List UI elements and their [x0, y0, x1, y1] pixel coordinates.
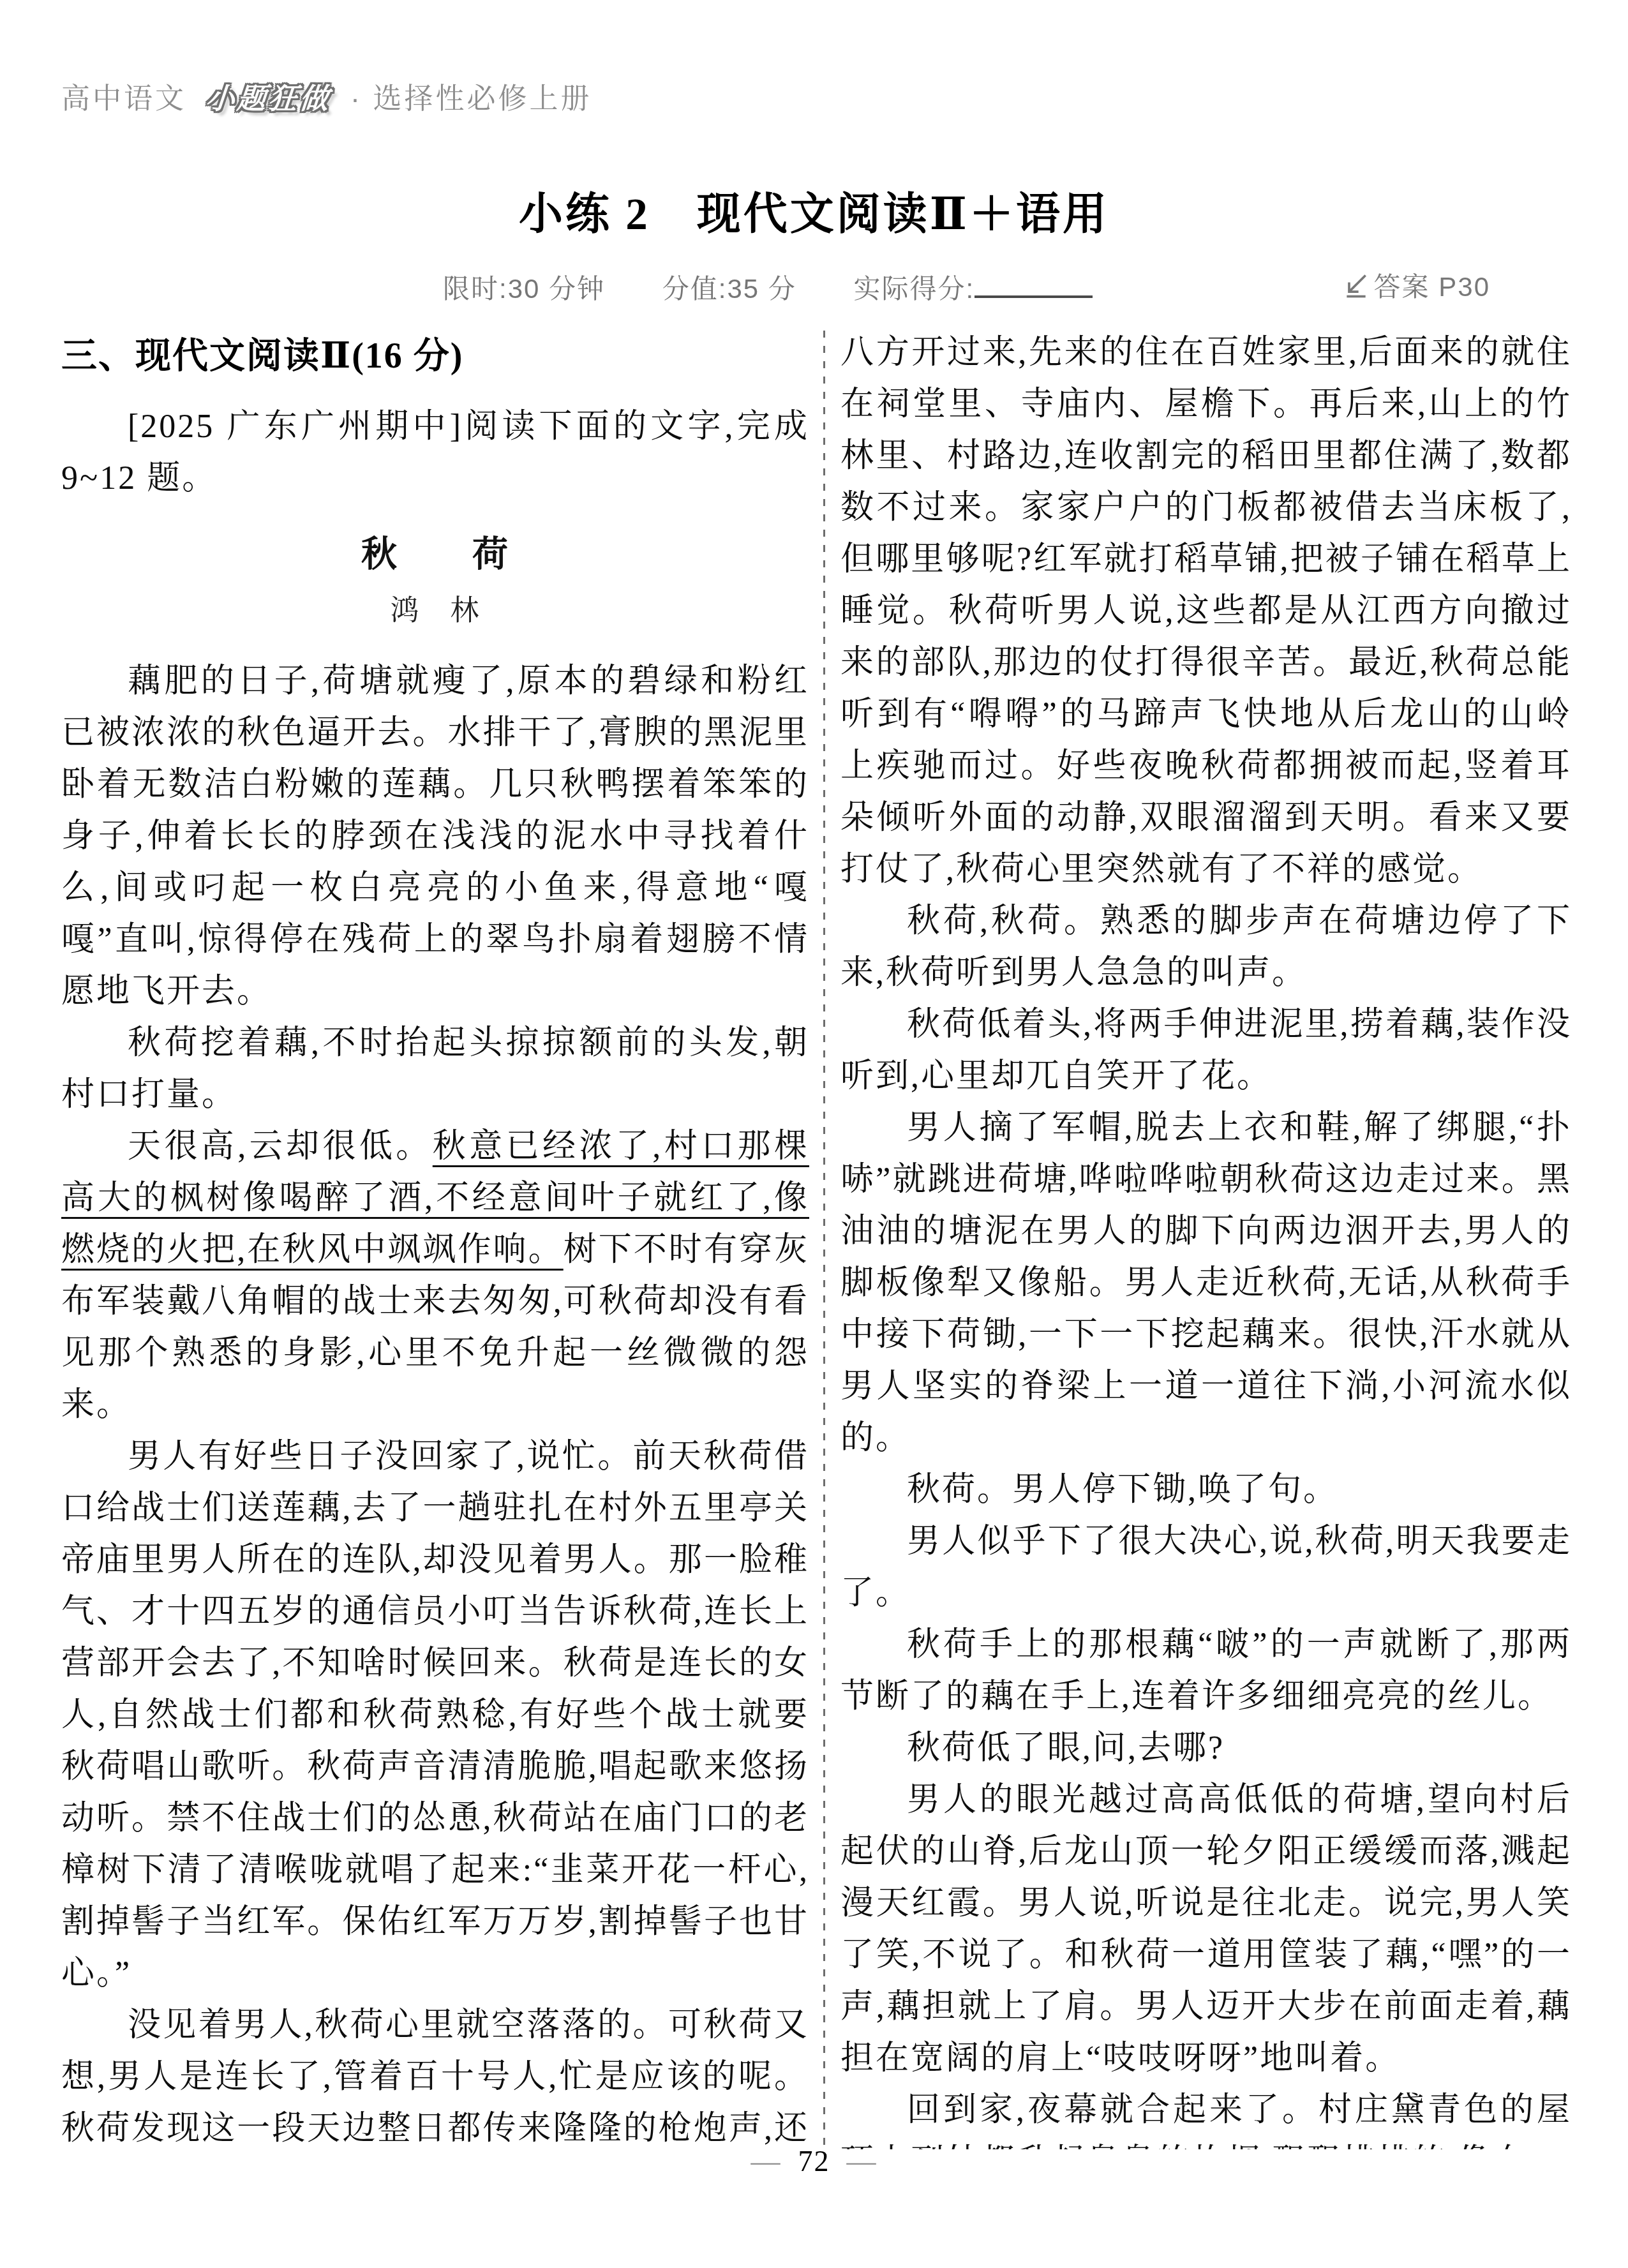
- answer-ref-label: 答案 P30: [1374, 272, 1490, 302]
- body-text: 秋荷挖着藕,不时抬起头掠掠额前的头发,朝村口打量。: [61, 1025, 809, 1113]
- paragraph: 秋荷。男人停下锄,唤了句。: [840, 1464, 1572, 1516]
- running-head-book: · 选择性必修上册: [350, 82, 592, 115]
- body-text: 回到家,夜幕就合起来了。村庄黛青色的屋顶上到处都升起袅袅的炊烟,飘飘拂拂的,像女: [840, 2092, 1572, 2149]
- paragraph: 天很高,云却很低。秋意已经浓了,村口那棵高大的枫树像喝醉了酒,不经意间叶子就红了…: [61, 1121, 809, 1431]
- paragraph: 藕肥的日子,荷塘就瘦了,原本的碧绿和粉红已被浓浓的秋色逼开去。水排干了,膏腴的黑…: [61, 655, 809, 1017]
- section-heading: 三、现代文阅读Ⅱ(16 分): [61, 327, 809, 385]
- body-text: 藕肥的日子,荷塘就瘦了,原本的碧绿和粉红已被浓浓的秋色逼开去。水排干了,膏腴的黑…: [61, 663, 809, 1010]
- paragraph: 男人似乎下了很大决心,说,秋荷,明天我要走了。: [840, 1516, 1572, 1619]
- answer-reference: 答案 P30: [1342, 266, 1490, 306]
- right-column: 八方开过来,先来的住在百姓家里,后面来的就住在祠堂里、寺庙内、屋檐下。再后来,山…: [840, 327, 1572, 2149]
- body-text: 秋荷,秋荷。熟悉的脚步声在荷塘边停了下来,秋荷听到男人急急的叫声。: [840, 903, 1572, 991]
- exam-meta: 限时:30 分钟 分值:35 分 实际得分:: [419, 266, 1082, 306]
- page-footer: —72—: [0, 2144, 1628, 2178]
- paragraph: 男人有好些日子没回家了,说忙。前天秋荷借口给战士们送莲藕,去了一趟驻扎在村外五里…: [61, 1431, 809, 1999]
- article-author: 鸿 林: [61, 587, 809, 629]
- body-text: 秋荷低了眼,问,去哪?: [907, 1730, 1225, 1766]
- score-blank-line: [975, 266, 1093, 298]
- paragraph: 八方开过来,先来的住在百姓家里,后面来的就住在祠堂里、寺庙内、屋檐下。再后来,山…: [840, 327, 1572, 895]
- paragraph: 秋荷低了眼,问,去哪?: [840, 1722, 1572, 1774]
- two-column-body: 三、现代文阅读Ⅱ(16 分) [2025 广东广州期中]阅读下面的文字,完成 9…: [61, 327, 1572, 2149]
- body-text: 男人似乎下了很大决心,说,秋荷,明天我要走了。: [840, 1523, 1572, 1611]
- body-text: 男人摘了军帽,脱去上衣和鞋,解了绑腿,“扑哧”就跳进荷塘,哗啦哗啦朝秋荷这边走过…: [840, 1110, 1572, 1456]
- running-head: 高中语文 小题狂做 · 选择性必修上册: [61, 75, 592, 117]
- body-text: 秋荷。男人停下锄,唤了句。: [907, 1472, 1338, 1508]
- paragraph: 秋荷挖着藕,不时抬起头掠掠额前的头发,朝村口打量。: [61, 1017, 809, 1121]
- footer-dash-left: —: [751, 2145, 782, 2177]
- left-paragraphs: 藕肥的日子,荷塘就瘦了,原本的碧绿和粉红已被浓浓的秋色逼开去。水排干了,膏腴的黑…: [61, 655, 809, 2149]
- exam-meta-row: 限时:30 分钟 分值:35 分 实际得分: 答案 P30: [61, 266, 1567, 311]
- body-text: 男人的眼光越过高高低低的荷塘,望向村后起伏的山脊,后龙山顶一轮夕阳正缓缓而落,溅…: [840, 1782, 1572, 2077]
- paragraph: 男人的眼光越过高高低低的荷塘,望向村后起伏的山脊,后龙山顶一轮夕阳正缓缓而落,溅…: [840, 1774, 1572, 2084]
- answer-arrow-icon: [1342, 272, 1370, 306]
- running-head-course: 高中语文: [61, 82, 186, 115]
- body-text: 没见着男人,秋荷心里就空落落的。可秋荷又想,男人是连长了,管着百十号人,忙是应该…: [61, 2007, 809, 2149]
- paragraph: 没见着男人,秋荷心里就空落落的。可秋荷又想,男人是连长了,管着百十号人,忙是应该…: [61, 1999, 809, 2149]
- document-page: 高中语文 小题狂做 · 选择性必修上册 小练 2 现代文阅读Ⅱ＋语用 限时:30…: [0, 0, 1628, 2268]
- paragraph: 男人摘了军帽,脱去上衣和鞋,解了绑腿,“扑哧”就跳进荷塘,哗啦哗啦朝秋荷这边走过…: [840, 1102, 1572, 1464]
- page-number: 72: [798, 2145, 830, 2177]
- column-divider: [823, 331, 825, 2149]
- score-total: 分值:35 分: [662, 274, 796, 304]
- source-intro: [2025 广东广州期中]阅读下面的文字,完成 9~12 题。: [61, 401, 809, 504]
- paragraph: 秋荷手上的那根藕“啵”的一声就断了,那两节断了的藕在手上,连着许多细细亮亮的丝儿…: [840, 1619, 1572, 1722]
- body-text: 秋荷低着头,将两手伸进泥里,捞着藕,装作没听到,心里却兀自笑开了花。: [840, 1006, 1572, 1094]
- brand-logo: 小题狂做: [204, 75, 333, 117]
- paragraph: 秋荷低着头,将两手伸进泥里,捞着藕,装作没听到,心里却兀自笑开了花。: [840, 999, 1572, 1102]
- paragraph: 秋荷,秋荷。熟悉的脚步声在荷塘边停了下来,秋荷听到男人急急的叫声。: [840, 895, 1572, 999]
- page-title: 小练 2 现代文阅读Ⅱ＋语用: [0, 179, 1628, 242]
- actual-score-label: 实际得分:: [853, 274, 975, 304]
- body-text: 天很高,云却很低。: [128, 1128, 433, 1165]
- actual-score: 实际得分:: [853, 274, 1093, 304]
- article-title: 秋 荷: [61, 526, 809, 577]
- body-text: 八方开过来,先来的住在百姓家里,后面来的就住在祠堂里、寺庙内、屋檐下。再后来,山…: [840, 334, 1572, 888]
- paragraph: 回到家,夜幕就合起来了。村庄黛青色的屋顶上到处都升起袅袅的炊烟,飘飘拂拂的,像女: [840, 2084, 1572, 2149]
- right-paragraphs: 八方开过来,先来的住在百姓家里,后面来的就住在祠堂里、寺庙内、屋檐下。再后来,山…: [840, 327, 1572, 2149]
- time-limit: 限时:30 分钟: [443, 274, 605, 304]
- footer-dash-right: —: [847, 2145, 877, 2177]
- body-text: 男人有好些日子没回家了,说忙。前天秋荷借口给战士们送莲藕,去了一趟驻扎在村外五里…: [61, 1438, 809, 1992]
- left-column: 三、现代文阅读Ⅱ(16 分) [2025 广东广州期中]阅读下面的文字,完成 9…: [61, 327, 809, 2149]
- body-text: 秋荷手上的那根藕“啵”的一声就断了,那两节断了的藕在手上,连着许多细细亮亮的丝儿…: [840, 1627, 1572, 1715]
